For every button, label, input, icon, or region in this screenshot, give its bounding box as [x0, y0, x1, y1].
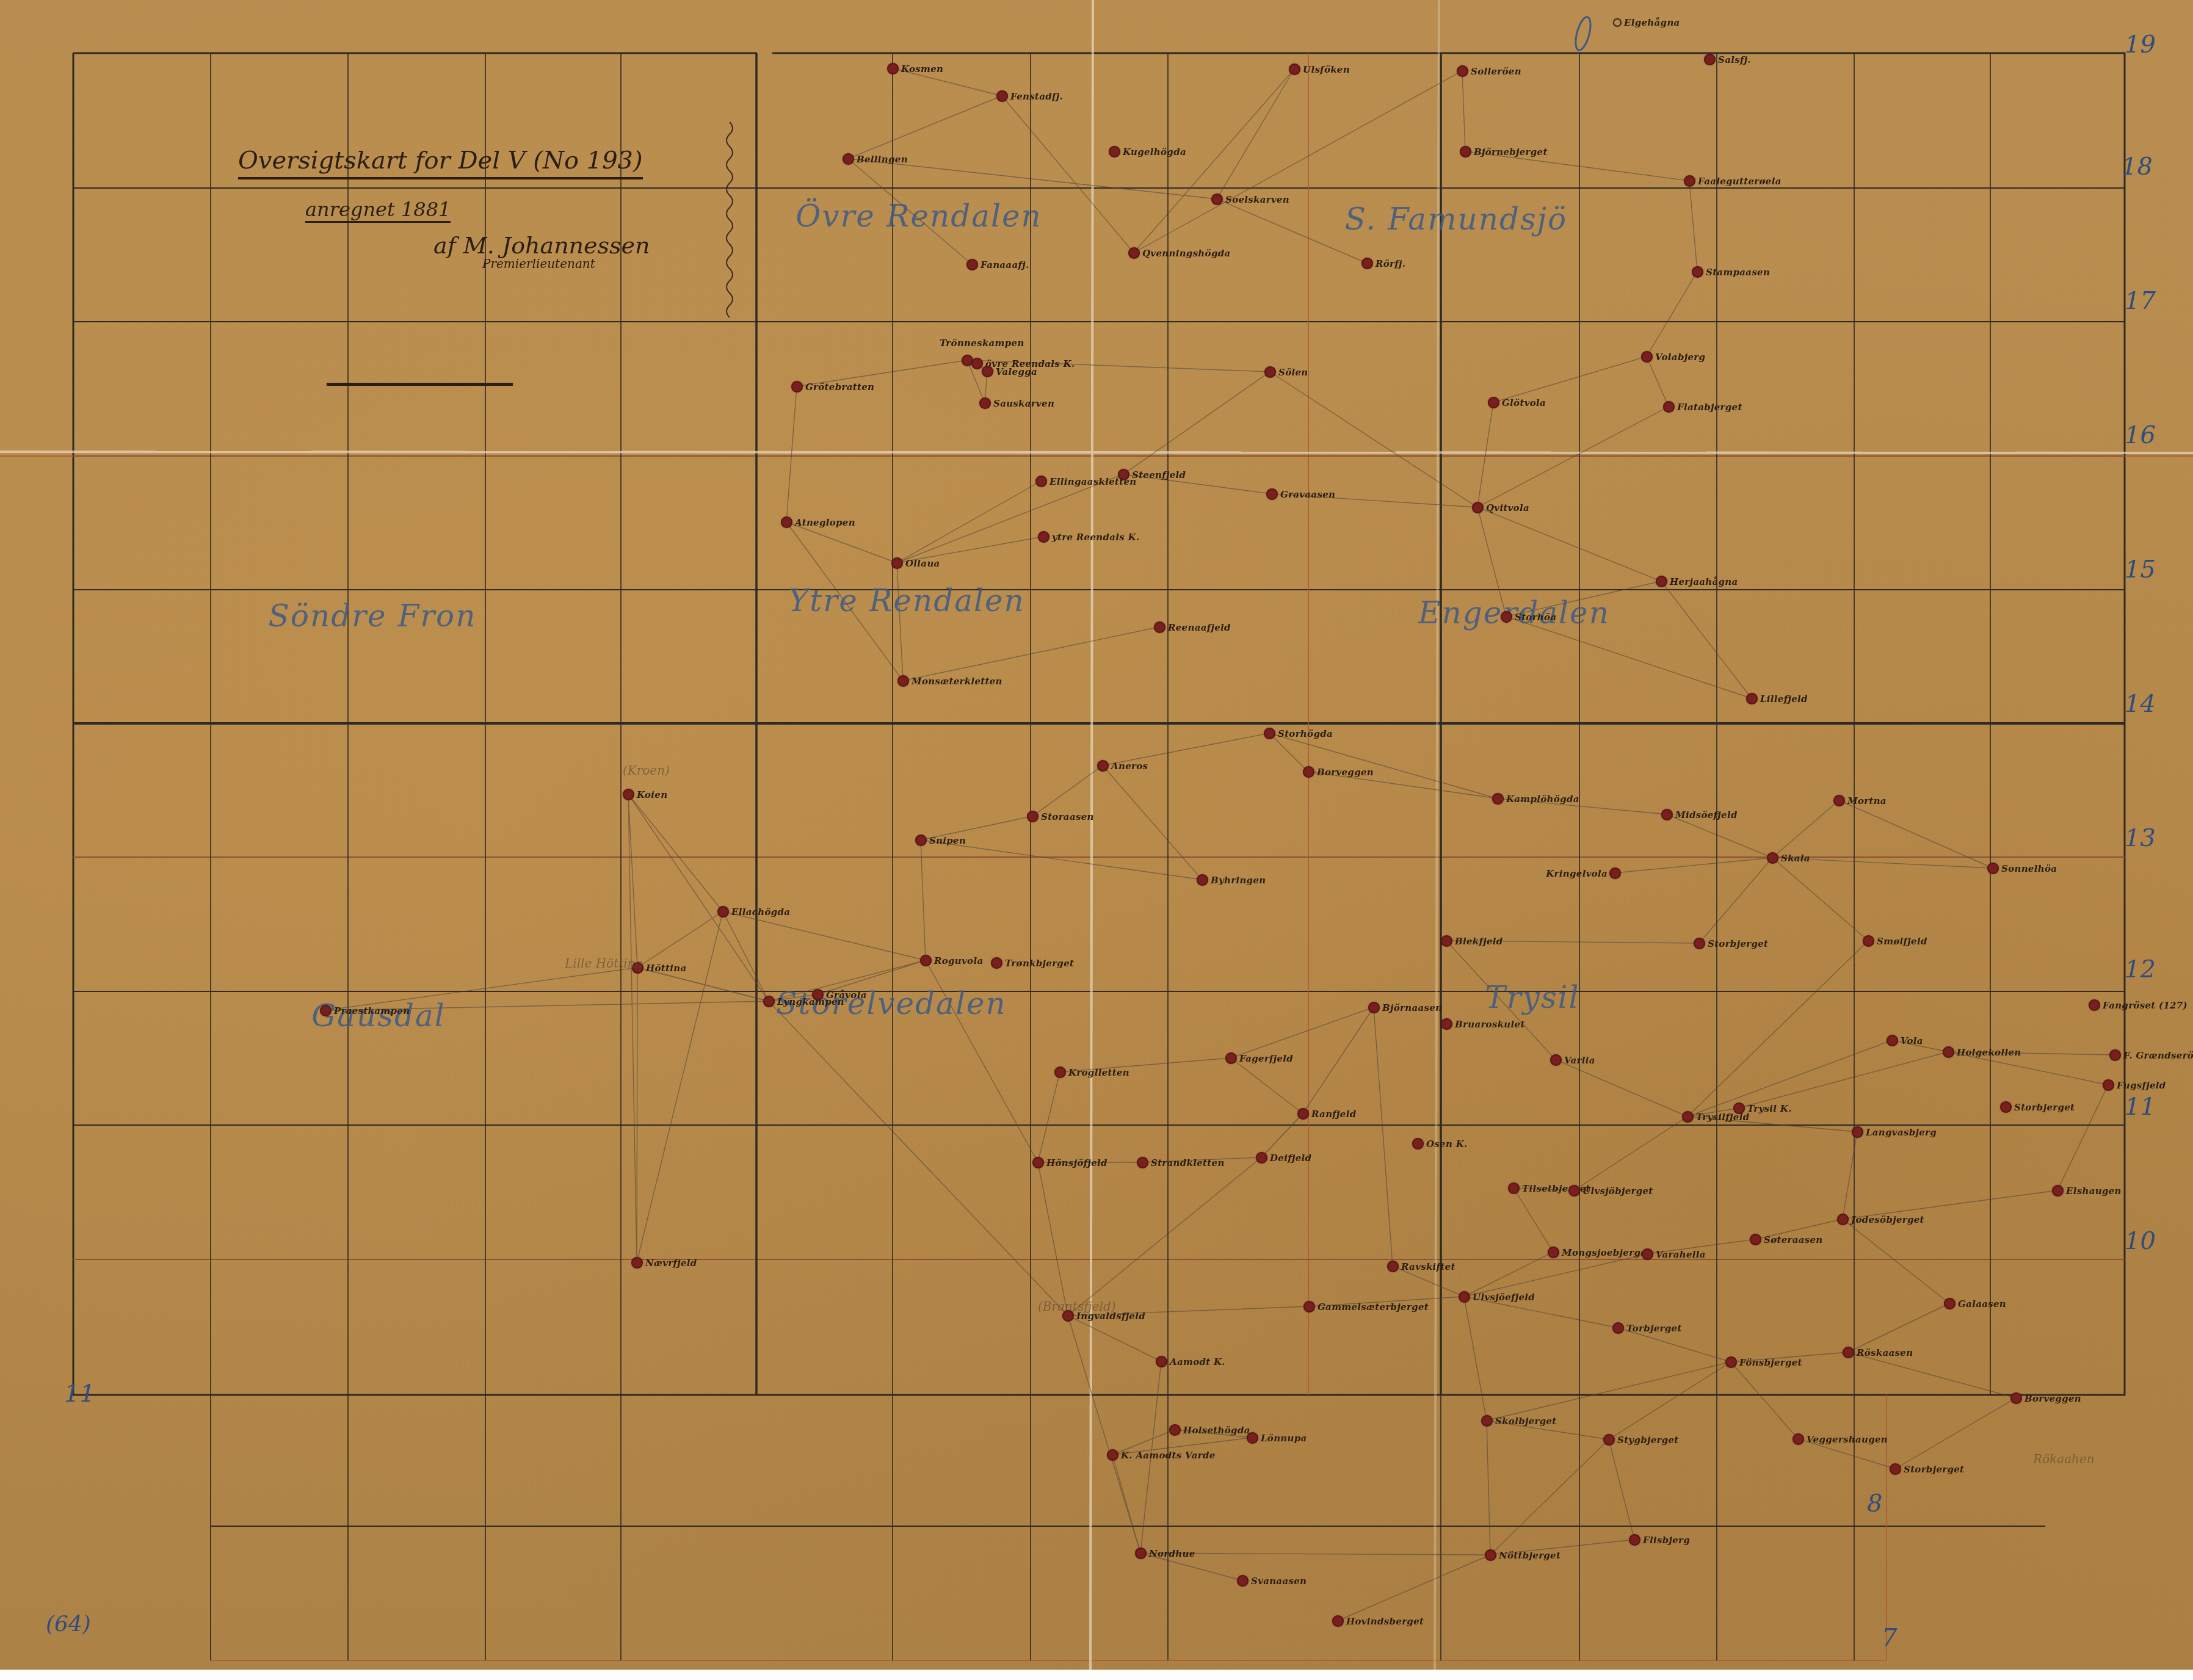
station-marker: Kugelhögda: [1109, 146, 1186, 157]
station-dot-icon: [1387, 1261, 1399, 1272]
station-label: Gammelsæterbjerget: [1318, 1302, 1429, 1312]
station-label: Soelskarven: [1225, 194, 1289, 205]
station-label: Nöttbjerget: [1499, 1550, 1560, 1561]
station-label: Aneros: [1111, 761, 1148, 772]
station-dot-icon: [1441, 935, 1452, 947]
station-dot-icon: [1135, 1548, 1147, 1559]
station-label: Ravskiftet: [1401, 1261, 1455, 1272]
station-label: Storbjerget: [1708, 938, 1768, 949]
station-label: Byhringen: [1211, 875, 1266, 886]
station-marker: Ulsföken: [1289, 63, 1350, 75]
station-dot-icon: [1054, 1066, 1066, 1078]
station-label: Sauskarven: [993, 398, 1054, 409]
station-label: Qvenningshögda: [1142, 248, 1230, 259]
station-dot-icon: [1460, 146, 1471, 157]
station-marker: Aneros: [1097, 760, 1148, 772]
station-marker: Fugsfjeld: [2103, 1079, 2166, 1091]
station-dot-icon: [1097, 760, 1109, 772]
station-dot-icon: [1154, 621, 1165, 633]
station-label: Aamodt K.: [1170, 1356, 1225, 1367]
station-label: Ulvsjöefjeld: [1473, 1292, 1535, 1303]
station-marker: Ellachögda: [717, 906, 790, 918]
historical-triangulation-map: Oversigtskart for Del V (No 193) anregne…: [0, 0, 2193, 1680]
station-dot-icon: [1481, 1415, 1493, 1427]
station-dot-icon: [1038, 531, 1049, 543]
station-dot-icon: [1137, 1157, 1148, 1168]
station-marker: Trysilfjeld: [1682, 1111, 1749, 1123]
station-label: Elgehågna: [1624, 17, 1680, 28]
station-marker: Storbjerget: [1890, 1463, 1964, 1475]
station-label: Varlia: [1564, 1055, 1595, 1066]
station-marker: Hovindsberget: [1332, 1615, 1424, 1627]
station-marker: Deifjeld: [1256, 1152, 1311, 1164]
station-dot-icon: [1459, 1291, 1470, 1303]
station-label: Galaasen: [1958, 1298, 2006, 1309]
station-dot-icon: [1247, 1432, 1258, 1444]
station-dot-icon: [1887, 1035, 1898, 1046]
station-dot-icon: [1107, 1449, 1118, 1461]
station-label: Reenaafjeld: [1168, 622, 1231, 633]
station-marker: Fenstadfj.: [996, 90, 1063, 102]
region-label: S. Famundsjö: [1345, 201, 1567, 237]
station-dot-icon: [1501, 611, 1512, 623]
station-label: Fönsbjerget: [1739, 1357, 1802, 1368]
station-marker: Vola: [1887, 1035, 1923, 1046]
station-label: Søteraasen: [1764, 1234, 1823, 1245]
station-label: Glötvola: [1502, 397, 1546, 408]
station-dot-icon: [1256, 1152, 1267, 1164]
station-marker: Stygbjerget: [1603, 1434, 1679, 1446]
pencil-note: (Brantsfjeld): [1038, 1299, 1116, 1314]
station-dot-icon: [1944, 1298, 1956, 1309]
station-marker: Ravskiftet: [1387, 1261, 1455, 1272]
region-label: Trysil: [1485, 980, 1579, 1015]
station-marker: Björnaasen: [1368, 1002, 1442, 1013]
station-dot-icon: [2052, 1185, 2064, 1197]
station-marker: Elgehågna: [1613, 17, 1680, 28]
station-dot-icon: [1197, 874, 1208, 886]
station-marker: Hönsjöfjeld: [1032, 1157, 1107, 1168]
station-marker: Storbjerget: [2000, 1101, 2075, 1113]
grid-edge-number: 8: [1867, 1490, 1882, 1518]
pencil-note: Lille Höttina: [565, 956, 642, 971]
station-marker: Snipen: [915, 835, 966, 846]
station-marker: Mortna: [1833, 795, 1887, 806]
station-label: Herjaahågna: [1670, 576, 1738, 587]
station-dot-icon: [631, 1257, 643, 1269]
station-marker: Lillefjeld: [1746, 693, 1808, 704]
station-label: Lönnupa: [1261, 1433, 1307, 1444]
station-marker: Roguvola: [920, 955, 983, 966]
station-label: K. Aamodts Varde: [1121, 1450, 1216, 1461]
grid-edge-number: 12: [2125, 955, 2156, 983]
station-marker: Kringelvola: [1609, 867, 1621, 879]
station-dot-icon: [1767, 852, 1778, 864]
station-marker: Ollaua: [891, 557, 940, 569]
station-marker: Storhögda: [1264, 728, 1333, 739]
station-label: Atneglopen: [795, 517, 855, 528]
station-label: Monsæterkletten: [912, 676, 1002, 687]
station-marker: Sonnelhöa: [1987, 863, 2057, 874]
station-dot-icon: [1663, 401, 1675, 413]
station-marker: K. Aamodts Varde: [1107, 1449, 1216, 1461]
station-marker: Osen K.: [1412, 1138, 1468, 1150]
station-dot-icon: [2000, 1101, 2012, 1113]
station-label: Faalegutterøela: [1698, 176, 1782, 187]
station-marker: Skala: [1767, 852, 1810, 864]
station-dot-icon: [1441, 1018, 1452, 1030]
station-dot-icon: [781, 516, 792, 528]
station-marker: Valegga: [982, 366, 1037, 377]
station-label: Flisbjerg: [1643, 1535, 1690, 1546]
station-dot-icon: [763, 996, 775, 1007]
station-label: Kroglletten: [1068, 1067, 1129, 1078]
station-dot-icon: [996, 90, 1008, 102]
station-label: F. Grændserös No 126: [2123, 1050, 2193, 1061]
grid-edge-number: 14: [2125, 690, 2156, 718]
station-marker: Mongsjoebjerget: [1548, 1247, 1651, 1258]
station-marker: Lyngkampen: [763, 996, 844, 1007]
station-dot-icon: [1128, 247, 1140, 259]
station-marker: ytre Reendals K.: [1038, 531, 1139, 543]
station-label: Skala: [1781, 853, 1810, 864]
station-dot-icon: [1656, 576, 1667, 587]
station-label: Skolbjerget: [1495, 1416, 1557, 1427]
station-marker: Elshaugen: [2052, 1185, 2122, 1197]
station-marker: Varahella: [1642, 1248, 1706, 1260]
station-dot-icon: [1629, 1534, 1640, 1546]
station-marker: Qvenningshögda: [1128, 247, 1230, 259]
station-marker: Jodesöbjerget: [1837, 1214, 1924, 1225]
station-label: Svanaasen: [1251, 1576, 1307, 1587]
station-label: Fugsfjeld: [2117, 1080, 2166, 1091]
station-label: Storhögda: [1278, 728, 1333, 739]
station-label: Blekfjeld: [1455, 936, 1503, 947]
station-label: ytre Reendals K.: [1052, 532, 1139, 543]
station-dot-icon: [1852, 1126, 1863, 1138]
station-dot-icon: [1508, 1182, 1520, 1194]
station-label: Solleröen: [1471, 66, 1521, 77]
station-label: Storaasen: [1041, 811, 1094, 822]
map-signature: af M. Johannessen: [433, 232, 650, 259]
station-label: Fagerfjeld: [1239, 1053, 1293, 1064]
station-dot-icon: [979, 397, 991, 409]
station-label: Kosmen: [901, 63, 943, 74]
station-dot-icon: [1682, 1111, 1694, 1123]
station-dot-icon: [1027, 811, 1039, 822]
station-label: Volabjerg: [1655, 352, 1705, 363]
station-label: Sölen: [1278, 367, 1308, 378]
station-dot-icon: [1035, 476, 1047, 487]
station-dot-icon: [897, 675, 909, 687]
station-label: Ulsföken: [1303, 64, 1350, 75]
station-marker: Solleröen: [1457, 65, 1521, 77]
station-dot-icon: [1109, 146, 1120, 157]
station-marker: Ulvsjöefjeld: [1459, 1291, 1535, 1303]
station-dot-icon: [1609, 867, 1621, 879]
station-label: Stampaasen: [1706, 267, 1770, 278]
station-dot-icon: [1548, 1247, 1559, 1258]
station-marker: Bruaroskulet: [1441, 1018, 1525, 1030]
grid-edge-number: 10: [2125, 1227, 2156, 1255]
station-marker: Qvitvola: [1472, 502, 1529, 513]
station-marker: Trønkbjerget: [991, 957, 1074, 969]
station-dot-icon: [1890, 1463, 1901, 1475]
station-label: Flatabjerget: [1677, 402, 1742, 413]
station-label: Osen K.: [1426, 1139, 1468, 1150]
station-dot-icon: [920, 955, 932, 966]
station-label: Salsfj.: [1718, 54, 1751, 65]
station-marker: Rörfj.: [1361, 258, 1405, 269]
station-dot-icon: [1457, 65, 1468, 77]
station-marker: Strandkletten: [1137, 1157, 1225, 1168]
station-dot-icon: [1568, 1185, 1580, 1197]
station-label: Trönneskampen: [940, 338, 1024, 349]
station-marker: Storaasen: [1027, 811, 1094, 822]
station-dot-icon: [1987, 863, 1999, 874]
grid-edge-number: 17: [2125, 287, 2156, 315]
station-dot-icon: [1792, 1433, 1804, 1445]
station-marker: Herjaahågna: [1656, 576, 1738, 587]
station-marker: Søteraasen: [1750, 1234, 1823, 1245]
station-marker: Borveggen: [1303, 766, 1374, 778]
station-dot-icon: [1694, 938, 1705, 949]
station-dot-icon: [2089, 999, 2100, 1011]
station-label: Roguvola: [934, 955, 983, 966]
station-label: Björnebjerget: [1474, 147, 1548, 157]
station-dot-icon: [1156, 1356, 1167, 1367]
station-dot-icon: [1641, 351, 1653, 363]
station-label: Strandkletten: [1151, 1157, 1225, 1168]
station-label: Grötebratten: [805, 382, 874, 393]
station-marker: Kamplöhögda: [1492, 793, 1579, 805]
station-label: Trysil K.: [1747, 1103, 1792, 1114]
station-label: Storbjerget: [1904, 1464, 1964, 1475]
station-label: Storbjerget: [2014, 1102, 2075, 1113]
map-year-line: anregnet 1881: [305, 198, 650, 221]
station-marker: Blekfjeld: [1441, 935, 1503, 947]
station-marker: Midsöefjeld: [1661, 809, 1738, 820]
station-dot-icon: [1833, 795, 1845, 806]
station-marker: Lönnupa: [1247, 1432, 1307, 1444]
map-title: Oversigtskart for Del V (No 193): [238, 147, 643, 179]
station-dot-icon: [1692, 266, 1703, 278]
station-marker: Soelskarven: [1211, 194, 1289, 205]
wavy-pen-mark: [727, 122, 733, 317]
station-dot-icon: [1032, 1157, 1044, 1168]
station-marker: Ulvsjöbjerget: [1568, 1185, 1653, 1197]
station-dot-icon: [717, 906, 729, 918]
station-label: Borveggen: [2024, 1393, 2081, 1404]
station-marker: Koien: [623, 789, 667, 800]
station-marker: Borveggen: [2010, 1392, 2081, 1404]
station-label: Ellingaaskletten: [1049, 476, 1137, 487]
station-marker: Volabjerg: [1641, 351, 1705, 363]
station-marker: Nöttbjerget: [1485, 1549, 1560, 1561]
station-dot-icon: [1492, 793, 1504, 805]
station-marker: Flisbjerg: [1629, 1534, 1690, 1546]
station-dot-icon: [1485, 1549, 1496, 1561]
station-marker: F. Grændserös No 126: [2109, 1049, 2193, 1061]
sheet-number: (64): [46, 1612, 91, 1637]
station-marker: Fangröset (127): [2089, 999, 2188, 1011]
station-label: Trysilfjeld: [1696, 1112, 1749, 1123]
station-dot-icon: [1750, 1234, 1761, 1245]
station-label: Björnaasen: [1382, 1002, 1442, 1013]
station-label: Deifjeld: [1270, 1153, 1311, 1164]
station-label: Storhöa: [1515, 612, 1556, 623]
station-marker: Stampaasen: [1692, 266, 1770, 278]
station-label: Kugelhögda: [1123, 147, 1186, 157]
station-dot-icon: [1225, 1052, 1237, 1064]
pencil-note: (Kroen): [623, 763, 670, 778]
station-label: Torbjerget: [1626, 1323, 1682, 1334]
station-label: Holsethögda: [1183, 1425, 1250, 1436]
station-label: Hovindsberget: [1346, 1616, 1424, 1627]
station-marker: Salsfj.: [1704, 54, 1751, 65]
station-dot-icon: [1603, 1434, 1615, 1446]
station-label: Bellingen: [857, 154, 908, 165]
station-label: Kamplöhögda: [1506, 794, 1579, 805]
station-marker: Veggershaugen: [1792, 1433, 1888, 1445]
station-marker: Svanaasen: [1237, 1575, 1307, 1587]
map-title-block: Oversigtskart for Del V (No 193) anregne…: [238, 147, 650, 271]
station-marker: Gammelsæterbjerget: [1303, 1301, 1429, 1312]
station-dot-icon: [623, 789, 634, 800]
station-label: Lyngkampen: [777, 996, 844, 1007]
station-dot-icon: [982, 366, 993, 377]
station-dot-icon: [1488, 397, 1499, 408]
station-label: Rörfj.: [1376, 258, 1405, 269]
station-label: Mortna: [1847, 795, 1887, 806]
station-label: Borveggen: [1317, 767, 1374, 778]
station-dot-icon: [1661, 809, 1673, 820]
station-dot-icon: [891, 557, 903, 569]
station-dot-icon: [1642, 1248, 1653, 1260]
station-marker: Gravaasen: [1266, 488, 1335, 500]
station-label: Nordhue: [1149, 1548, 1195, 1559]
station-label: Nævrfjeld: [645, 1258, 697, 1269]
station-marker: Holgekollen: [1943, 1046, 2021, 1058]
station-marker: Kroglletten: [1054, 1066, 1129, 1078]
station-label: Koien: [637, 789, 667, 800]
station-marker: Aamodt K.: [1156, 1356, 1225, 1367]
station-label: Valegga: [996, 366, 1037, 377]
station-dot-icon: [791, 381, 803, 393]
station-dot-icon: [1237, 1575, 1249, 1587]
station-label: Stygbjerget: [1617, 1435, 1679, 1446]
scan-margin: [0, 1670, 2193, 1680]
station-marker: Fagerfjeld: [1225, 1052, 1293, 1064]
station-marker: Glötvola: [1488, 397, 1546, 408]
station-label: Fangröset (127): [2103, 1000, 2188, 1011]
grid-edge-number: 19: [2125, 31, 2156, 59]
station-marker: Langvasbjerg: [1852, 1126, 1937, 1138]
station-marker: Smølfjeld: [1863, 935, 1927, 947]
station-label: Sonnelhöa: [2001, 863, 2057, 874]
region-label: Ytre Rendalen: [788, 583, 1025, 618]
region-label: Söndre Fron: [269, 598, 477, 634]
grid-edge-number: 13: [2125, 824, 2156, 852]
station-dot-icon: [991, 957, 1002, 969]
station-dot-icon: [1412, 1138, 1424, 1150]
station-marker: Ellingaaskletten: [1035, 476, 1137, 487]
station-marker: Bellingen: [843, 153, 908, 165]
station-marker: Nævrfjeld: [631, 1257, 697, 1269]
station-marker: Grötebratten: [791, 381, 874, 393]
station-label: Langvasbjerg: [1866, 1127, 1937, 1138]
station-dot-icon: [1332, 1615, 1344, 1627]
station-label: Holgekollen: [1957, 1047, 2021, 1058]
pencil-note: Rökaahen: [2033, 1452, 2095, 1466]
station-marker: Galaasen: [1944, 1298, 2006, 1309]
station-marker: Sölen: [1264, 366, 1308, 378]
station-marker: Atneglopen: [781, 516, 855, 528]
station-marker: Byhringen: [1197, 874, 1266, 886]
station-label: Ulvsjöbjerget: [1582, 1186, 1653, 1197]
station-dot-icon: [1684, 175, 1695, 187]
station-label: Lillefjeld: [1760, 693, 1808, 704]
station-label: Ellachögda: [731, 907, 790, 918]
station-marker: Holsethögda: [1169, 1424, 1250, 1436]
station-dot-icon: [2109, 1049, 2121, 1061]
station-marker: Röskaasen: [1843, 1347, 1913, 1358]
station-dot-icon: [1297, 1108, 1309, 1120]
station-dot-icon: [1169, 1424, 1181, 1436]
station-marker: Flatabjerget: [1663, 401, 1742, 413]
station-dot-icon: [1303, 766, 1314, 778]
station-marker: Storhöa: [1501, 611, 1556, 623]
station-dot-icon: [1303, 1301, 1315, 1312]
station-marker: Varlia: [1550, 1054, 1595, 1066]
grid-edge-number: 7: [1882, 1624, 1897, 1652]
station-marker: Faalegutterøela: [1684, 175, 1782, 187]
station-label: Gravaasen: [1280, 489, 1335, 500]
station-label: Jodesöbjerget: [1851, 1214, 1924, 1225]
station-marker: Reenaafjeld: [1154, 621, 1231, 633]
station-dot-icon: [1746, 693, 1758, 704]
station-label: Qvitvola: [1486, 502, 1529, 513]
station-label: Fanaaafj.: [981, 259, 1029, 270]
station-dot-icon: [1943, 1046, 1954, 1058]
station-label: Kringelvola: [1546, 868, 1608, 879]
station-marker: Nordhue: [1135, 1548, 1195, 1559]
station-label: Ranfjeld: [1311, 1109, 1356, 1120]
station-dot-icon: [1704, 54, 1716, 65]
station-label: Röskaasen: [1857, 1347, 1913, 1358]
station-dot-icon: [1266, 488, 1278, 500]
station-label: Trønkbjerget: [1005, 958, 1074, 969]
station-dot-icon: [1550, 1054, 1562, 1066]
scale-bar: [327, 383, 513, 386]
grid-edge-number: 16: [2125, 421, 2156, 449]
station-label: Smølfjeld: [1877, 936, 1927, 947]
station-label: Midsöefjeld: [1675, 809, 1738, 820]
grid-edge-number: 15: [2125, 556, 2156, 584]
station-dot-icon: [1472, 502, 1484, 513]
grid-edge-number: 11: [64, 1380, 95, 1408]
station-label: Hönsjöfjeld: [1046, 1157, 1107, 1168]
station-label: Varahella: [1656, 1249, 1706, 1260]
station-dot-icon: [1264, 366, 1276, 378]
station-marker: Sauskarven: [979, 397, 1054, 409]
station-marker: Torbjerget: [1612, 1322, 1682, 1334]
station-dot-icon: [1612, 1322, 1624, 1334]
station-label: Fenstadfj.: [1010, 91, 1063, 102]
station-dot-icon: [843, 153, 854, 165]
station-marker: Monsæterkletten: [897, 675, 1002, 687]
station-marker: Praestkampen: [320, 1005, 410, 1016]
